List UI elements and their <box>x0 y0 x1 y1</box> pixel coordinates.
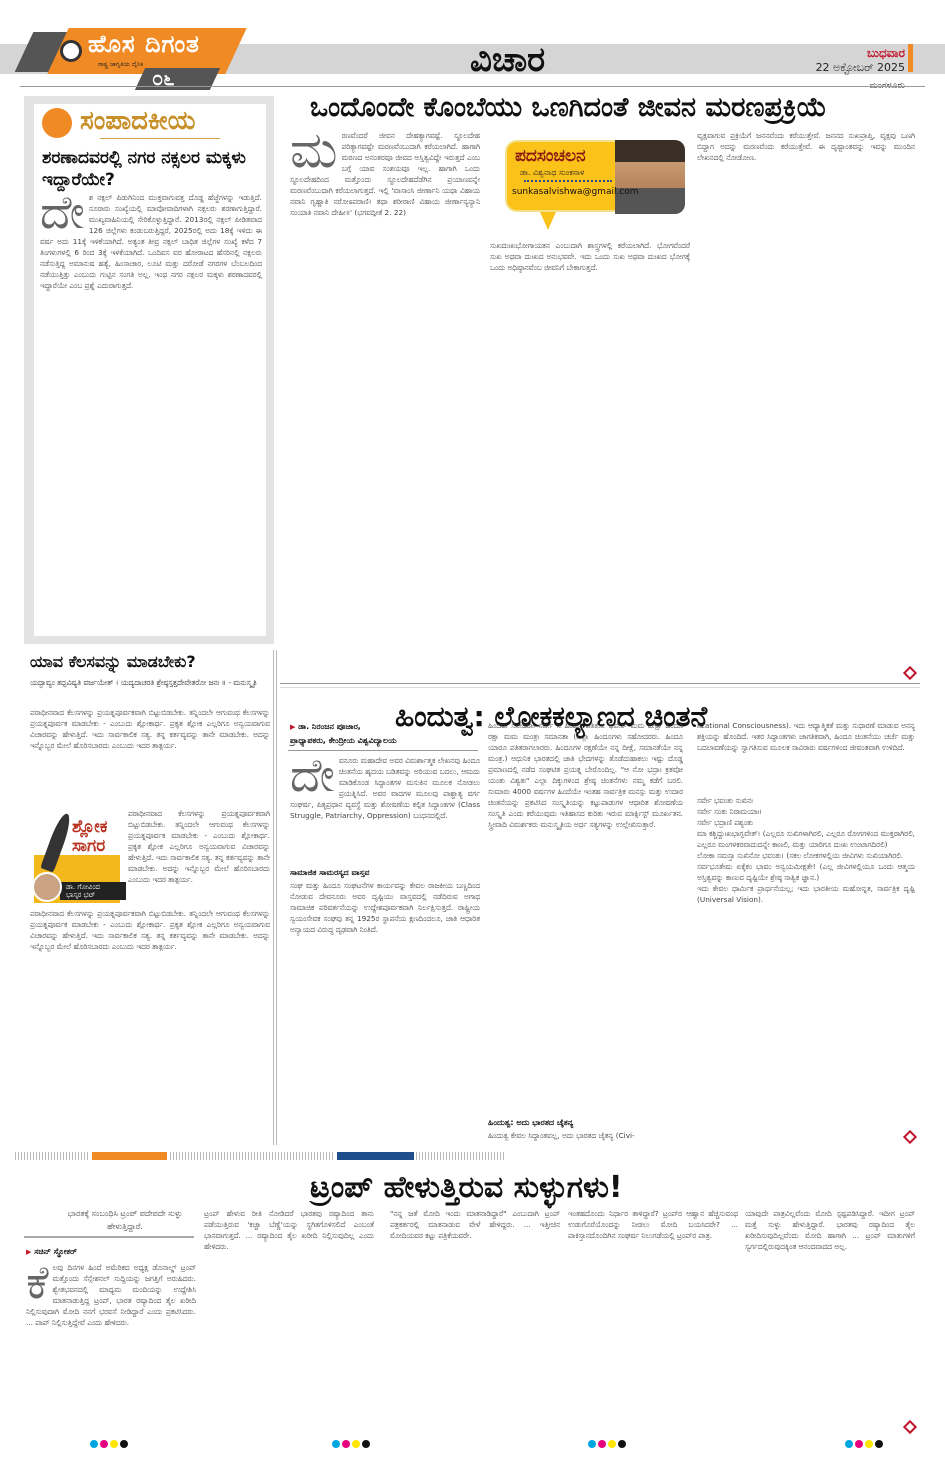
verse-line: ಮಾ ಕಶ್ಚಿದ್ದುಃಖಭಾಗ್ಭವೇತ್। (ಎಲ್ಲರೂ ಸುಖಿಗಳಾ… <box>697 828 915 850</box>
issue-date: 22 ಅಕ್ಟೋಬರ್ 2025 <box>770 61 905 75</box>
trump-col2: ಟ್ರಂಪ್ ಹೇಳುವ ರೀತಿ ನೋಡಿದರೆ ಭಾರತವು ರಷ್ಯಾದಿ… <box>204 1208 374 1433</box>
yellow-dot <box>110 1440 118 1448</box>
main-article-headline: ಒಂದೊಂದೇ ಕೊಂಬೆಯು ಒಣಗಿದಂತೆ ಜೀವನ ಮರಣಪ್ರಕ್ರಿ… <box>310 92 827 124</box>
hindutva-author-title: ಪ್ರಾಧ್ಯಾಪಕರು, ಕೇಂದ್ರೀಯ ವಿಶ್ವವಿದ್ಯಾಲಯ <box>290 736 397 746</box>
hindutva-author: ▶ ಡಾ. ನಿರಂಜನ ಪೂಜಾರ, <box>290 722 361 732</box>
hindutva-col2: ಹಿಂದವಃ ಸೋದರಾಃ ಸರ್ವೇ ನ ಹಿಂದೂ ಪತಿತೋ ಭವೇತ್ … <box>488 720 683 1100</box>
hatch-bar <box>15 1152 90 1160</box>
hatch-bar <box>416 1152 506 1160</box>
trump-author: ▶ ಸಚಿನ್ ಸ್ಥೋಕರ್ <box>26 1247 77 1257</box>
hatch-bar <box>170 1152 335 1160</box>
blue-bar <box>337 1152 414 1160</box>
verse-line: ಸರ್ವೇ ಭವಂತು ಸುಖಿನಃ <box>697 795 915 806</box>
registration-marks <box>332 1440 370 1448</box>
section-title: ವಿಚಾರ <box>470 40 545 80</box>
author-photo <box>615 140 685 214</box>
verse-line: ಸರ್ವೇ ಭದ್ರಾಣಿ ಪಶ್ಯಂತು <box>697 817 915 828</box>
cyan-dot <box>588 1440 596 1448</box>
author-avatar <box>32 872 62 902</box>
pointer-icon: ▶ <box>26 1248 31 1256</box>
yellow-dot <box>352 1440 360 1448</box>
column-hatch <box>273 650 279 1145</box>
hindutva-col1b: ಸಂಘ ಮತ್ತು ಹಿಂದೂ ಸಂಘಟನೆಗಳ ಕಾರ್ಯವನ್ನು ಕೇವಲ… <box>290 880 480 1142</box>
main-article-col1: ಮ ರಣವೆಂದರೆ ಜೀವನ ದೇಹತ್ಯಾಗವಷ್ಟೆ. ಸ್ಥೂಲದೇಹ … <box>290 130 480 675</box>
author-name: ಡಾ. ನಿರಂಜನ ಪೂಜಾರ, <box>298 722 361 731</box>
author-name: ಡಾ. ವಿಶ್ವನಾಥ ಸುಂಕಸಾಳ <box>520 168 584 178</box>
pointer-icon: ▶ <box>290 723 295 731</box>
trump-intro: ಭಾರತಕ್ಕೆ ಸಂಬಂಧಿಸಿ ಟ್ರಂಪ್ ಪದೇಪದೇ ಸುಳ್ಳು ಹ… <box>50 1207 200 1233</box>
hindutva-subhead2: ಹಿಂದುತ್ವ: ಅದು ಭಾರತದ ಚೈತನ್ಯ <box>488 1118 573 1128</box>
magenta-dot <box>100 1440 108 1448</box>
weekday: ಬುಧವಾರ <box>770 46 905 61</box>
hindutva-col3: lizational Consciousness). ಇದು ಆಧ್ಯಾತ್ಮಿ… <box>697 720 915 790</box>
black-dot <box>120 1440 128 1448</box>
black-dot <box>875 1440 883 1448</box>
verse-line: ಇದು ಕೇವಲ ಧಾರ್ಮಿಕ ಪ್ರಾರ್ಥನೆಯಲ್ಲ; ಇದು ಭಾರತ… <box>697 883 915 905</box>
author-line2: ಭಾಸ್ಕರ ಭಟ್ <box>66 891 100 899</box>
dropcap: ಕೆ <box>26 1262 49 1302</box>
second-editorial-body-bottom: ಪರಾಧೀನವಾದ ಕೆಲಸಗಳನ್ನು ಪ್ರಯತ್ನಪೂರ್ವಕವಾಗಿ ಬ… <box>30 908 270 1143</box>
dropcap: ದೇ <box>290 755 335 795</box>
cyan-dot <box>845 1440 853 1448</box>
section-divider <box>280 683 920 684</box>
shloka-sagara-title: ಶ್ಲೋಕ ಸಾಗರ <box>72 818 107 856</box>
black-dot <box>618 1440 626 1448</box>
verse-line: ಸರ್ವಭೂತೇಷು ಏಕೈಕಂ ಭಾವಂ ಅನ್ವಯಮೀಕ್ಷತೇ! (ಎಲ್… <box>697 861 915 883</box>
verse-line: ಸರ್ವೇ ಸಂತು ನಿರಾಮಯಾಃ। <box>697 806 915 817</box>
black-dot <box>362 1440 370 1448</box>
cyan-dot <box>332 1440 340 1448</box>
author-email[interactable]: sunkasalvishwa@gmail.com <box>512 187 639 197</box>
ornament-divider <box>100 138 220 139</box>
hindutva-subhead1: ಸಾಮಾಜಿಕ ಸಾಮರಸ್ಯದ ವಾಸ್ತವ <box>290 868 370 878</box>
registration-marks <box>588 1440 626 1448</box>
trump-headline: ಟ್ರಂಪ್ ಹೇಳುತ್ತಿರುವ ಸುಳ್ಳುಗಳು! <box>310 1170 623 1205</box>
magenta-dot <box>342 1440 350 1448</box>
bubble-tail <box>540 212 556 230</box>
magenta-dot <box>598 1440 606 1448</box>
yellow-dot <box>865 1440 873 1448</box>
newspaper-name: ಹೊಸ ದಿಗಂತ <box>88 30 200 58</box>
registration-marks <box>845 1440 883 1448</box>
dotted-divider <box>524 180 612 182</box>
registration-marks <box>90 1440 128 1448</box>
trump-col4: ಇಂತಹದೊಂದು ನಿರ್ಧಾರ ತಾಳಿದ್ದಾರೆ? ಟ್ರಂಪ್‌ರ ಆ… <box>568 1208 738 1433</box>
newspaper-tagline: ರಾಷ್ಟ್ರ ಜಾಗೃತಿಯ ದೈನಿಕ <box>98 61 143 69</box>
author-name: ಸಚಿನ್ ಸ್ಥೋಕರ್ <box>34 1247 77 1256</box>
masthead-rule <box>20 86 925 87</box>
cyan-dot <box>90 1440 98 1448</box>
dropcap: ದೇ <box>40 192 85 232</box>
main-article-col3: ವೃಕ್ಷವಾಗುವ ಪ್ರಕ್ರಿಯೆಗೆ ಜನನವೆಂದು ಕರೆಯುತ್ತ… <box>697 130 915 675</box>
editorial-headline: ಶರಣಾದವರಲ್ಲಿ ನಗರ ನಕ್ಸಲರ ಮಕ್ಕಳು ಇದ್ದಾರೆಯೇ? <box>42 147 267 191</box>
intro-rule <box>24 1236 194 1238</box>
dropcap: ಮ <box>290 130 338 170</box>
verse-line: ಲೋಕಾ ಸಮಸ್ತಾ ಸುಖಿನೋ ಭವಂತು। (ಸಕಲ ಲೋಕಗಳಲ್ಲಿ… <box>697 850 915 861</box>
author-line1: ಡಾ. ಗೋವಿಂದ <box>66 883 100 891</box>
hindutva-verses: ಸರ್ವೇ ಭವಂತು ಸುಖಿನಃ ಸರ್ವೇ ಸಂತು ನಿರಾಮಯಾಃ। … <box>697 795 915 1140</box>
yellow-dot <box>608 1440 616 1448</box>
title-line2: ಸಾಗರ <box>72 837 107 856</box>
orange-bar <box>92 1152 167 1160</box>
hindutva-col2b: ಹಿಂದುತ್ವ ಕೇವಲ ಸಿದ್ಧಾಂತವಲ್ಲ, ಅದು ಭಾರತದ ಚೈ… <box>488 1130 683 1142</box>
shloka-author: ಡಾ. ಗೋವಿಂದ ಭಾಸ್ಕರ ಭಟ್ <box>66 883 100 899</box>
shloka-verse: ಯದ್ಭಾವ್ಯಂ ತದ್ಭವಿಷ್ಯತಿ ವರ್ಜಯೇತ್ । ಯದ್ಯದಾಚ… <box>30 677 270 705</box>
section-divider-light <box>280 687 920 688</box>
second-editorial-body-top: ಪರಾಧೀನವಾದ ಕೆಲಸಗಳನ್ನು ಪ್ರಯತ್ನಪೂರ್ವಕವಾಗಿ ಬ… <box>30 707 270 807</box>
main-article-col2: ಸುಖದುಃಖಭೋಗಾಯತನ ಎಂಬುದಾಗಿ ಶಾಸ್ತ್ರಗಳಲ್ಲಿ ಕರ… <box>490 240 690 675</box>
article-text: ಲವು ದಿನಗಳ ಹಿಂದೆ ಅಮೆರಿಕದ ಅಧ್ಯಕ್ಷ ಡೊನಾಲ್ಡ್… <box>26 1263 196 1327</box>
editorial-label: ಸಂಪಾದಕೀಯ <box>80 106 195 137</box>
editorial-body: ದೇ ಶ ನಕ್ಸಲ್ ಪಿಡುಗಿನಿಂದ ಮುಕ್ತವಾಗುವತ್ತ ದೊಡ… <box>40 192 262 632</box>
newspaper-emblem-icon <box>60 40 82 62</box>
trump-col3: "ನನ್ನ ಜತೆ ಮೋದಿ ಇಂದು ಮಾತನಾಡಿದ್ದಾರೆ" ಎಂಬುದ… <box>390 1208 560 1433</box>
trump-col5: ಯಾವುದೇ ಪಾತ್ರವಿಲ್ಲವೆಂದು ಮೋದಿ ಸ್ಪಷ್ಟಪಡಿಸಿದ… <box>745 1208 915 1433</box>
title-line1: ಶ್ಲೋಕ <box>72 818 107 837</box>
date-block: ಬುಧವಾರ 22 ಅಕ್ಟೋಬರ್ 2025 ಮಂಗಳೂರು <box>770 46 905 91</box>
magenta-dot <box>855 1440 863 1448</box>
hindutva-col1: ದೇ ವನೂರು ಮಹಾದೇವ ಅವರ ವಿಮರ್ಶಾತ್ಮಕ ಲೇಖನವು ಹ… <box>290 755 480 867</box>
trump-col1: ಕೆ ಲವು ದಿನಗಳ ಹಿಂದೆ ಅಮೆರಿಕದ ಅಧ್ಯಕ್ಷ ಡೊನಾಲ… <box>26 1262 196 1432</box>
byline-rule <box>288 750 478 751</box>
column-label: ಪದಸಂಚಲನ <box>515 146 586 166</box>
masthead-accent <box>908 44 913 72</box>
second-editorial-headline: ಯಾವ ಕೆಲಸವನ್ನು ಮಾಡಬೇಕು? <box>30 652 196 672</box>
second-editorial-body-side: ಪರಾಧೀನವಾದ ಕೆಲಸಗಳನ್ನು ಪ್ರಯತ್ನಪೂರ್ವಕವಾಗಿ ಬ… <box>128 808 270 906</box>
editorial-emblem-icon <box>42 108 72 138</box>
